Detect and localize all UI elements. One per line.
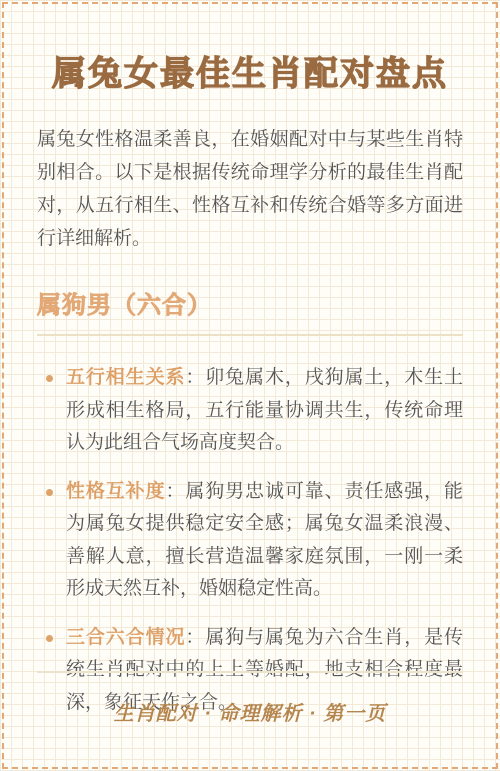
- bullet-separator: ：: [185, 367, 205, 388]
- bullet-dot-icon: [46, 375, 53, 382]
- page-title: 属兔女最佳生肖配对盘点: [37, 46, 463, 95]
- section-divider: [37, 334, 463, 336]
- bullet-separator: ：: [165, 481, 185, 502]
- bullet-dot-icon: [46, 635, 53, 642]
- footer-divider: [37, 671, 463, 673]
- bullet-dot-icon: [46, 489, 53, 496]
- bullet-label: 三合六合情况: [66, 627, 185, 648]
- bullet-separator: ：: [185, 627, 205, 648]
- bullet-list: 五行相生关系：卯兔属木，戌狗属土，木生土形成相生格局，五行能量协调共生，传统命理…: [37, 362, 463, 719]
- bullet-label: 五行相生关系: [66, 367, 185, 388]
- section-heading: 属狗男（六合）: [37, 285, 463, 320]
- list-item: 性格互补度：属狗男忠诚可靠、责任感强，能为属兔女提供稳定安全感；属兔女温柔浪漫、…: [37, 476, 463, 606]
- intro-paragraph: 属兔女性格温柔善良，在婚姻配对中与某些生肖特别相合。以下是根据传统命理学分析的最…: [37, 123, 463, 255]
- bullet-label: 性格互补度: [66, 481, 165, 502]
- card-content: 属兔女最佳生肖配对盘点 属兔女性格温柔善良，在婚姻配对中与某些生肖特别相合。以下…: [0, 46, 500, 719]
- zodiac-compatibility-card: 属兔女最佳生肖配对盘点 属兔女性格温柔善良，在婚姻配对中与某些生肖特别相合。以下…: [0, 0, 500, 771]
- footer-caption: 生肖配对 · 命理解析 · 第一页: [0, 697, 500, 726]
- list-item: 五行相生关系：卯兔属木，戌狗属土，木生土形成相生格局，五行能量协调共生，传统命理…: [37, 362, 463, 460]
